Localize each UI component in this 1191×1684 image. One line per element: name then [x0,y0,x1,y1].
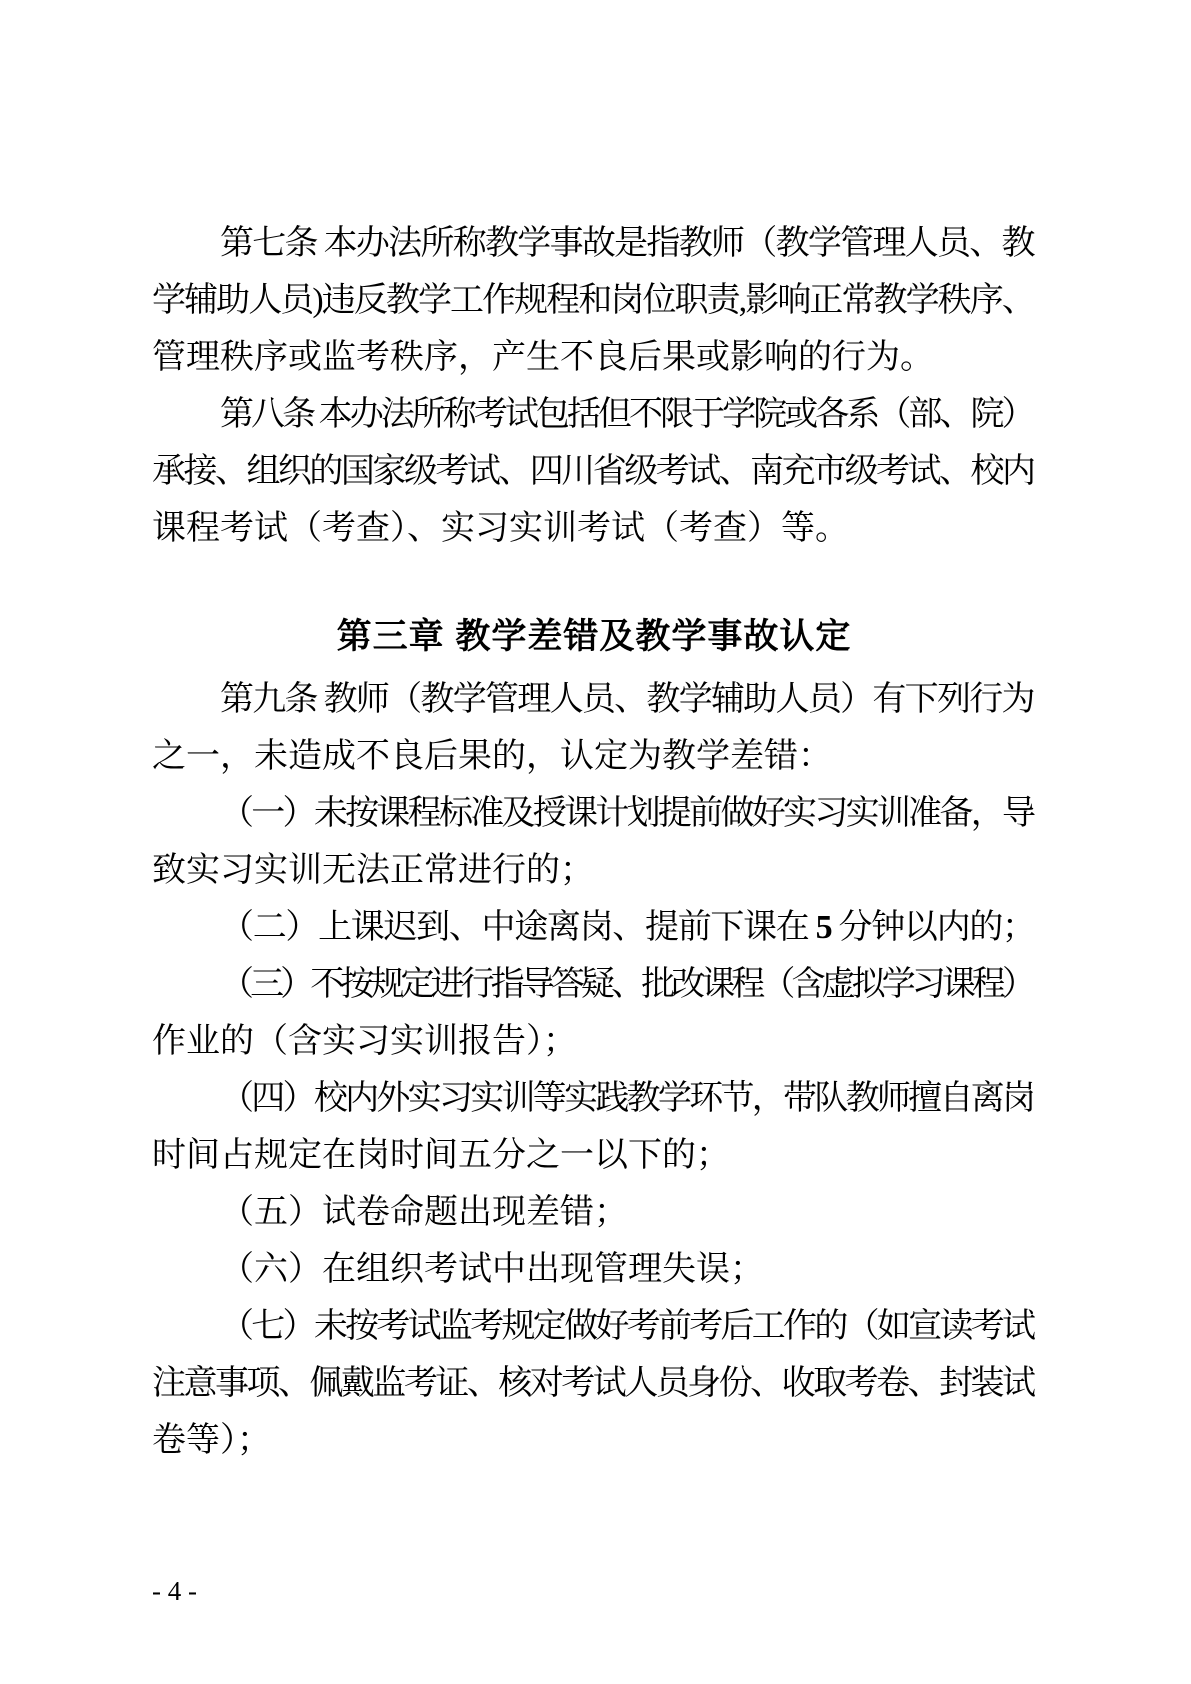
paragraph: （二）上课迟到、中途离岗、提前下课在 5 分钟以内的； [152,899,1036,956]
text-segment: 分钟以内的； [831,909,1034,946]
document-page: 第七条 本办法所称教学事故是指教师（教学管理人员、教学辅助人员)违反教学工作规程… [0,0,1191,1684]
paragraph: （三）不按规定进行指导答疑、批改课程（含虚拟学习课程）作业的（含实习实训报告）； [152,956,1036,1070]
text-line: 课程考试（考查）、实习实训考试（考查）等。 [152,500,1036,557]
text-segment: 第八条 本办法所称考试包括但不限于学院或各系（部、院） [220,396,1033,433]
paragraph: （七）未按考试监考规定做好考前考后工作的（如宣读考试注意事项、佩戴监考证、核对考… [152,1298,1036,1469]
text-line: 学辅助人员)违反教学工作规程和岗位职责,影响正常教学秩序、 [152,272,1036,329]
text-segment: 卷等）； [152,1422,271,1459]
text-line: （二）上课迟到、中途离岗、提前下课在 5 分钟以内的； [152,899,1036,956]
text-segment: 第七条 本办法所称教学事故是指教师（教学管理人员、教 [220,225,1034,262]
text-line: （一）未按课程标准及授课计划提前做好实习实训准备，导 [152,785,1036,842]
text-segment: 承接、组织的国家级考试、四川省级考试、南充市级考试、校内 [152,453,1033,490]
text-line: 第七条 本办法所称教学事故是指教师（教学管理人员、教 [152,215,1036,272]
text-segment: （二）上课迟到、中途离岗、提前下课在 [220,909,816,946]
paragraph: （一）未按课程标准及授课计划提前做好实习实训准备，导致实习实训无法正常进行的； [152,785,1036,899]
bold-number: 5 [816,909,832,946]
text-segment: 管理秩序或监考秩序，产生不良后果或影响的行为。 [152,339,934,376]
text-line: 时间占规定在岗时间五分之一以下的； [152,1127,1036,1184]
page-number: - 4 - [152,1577,197,1605]
text-line: 第九条 教师（教学管理人员、教学辅助人员）有下列行为 [152,671,1036,728]
document-body: 第七条 本办法所称教学事故是指教师（教学管理人员、教学辅助人员)违反教学工作规程… [152,215,1036,1469]
paragraph: （六）在组织考试中出现管理失误； [152,1241,1036,1298]
text-line: 致实习实训无法正常进行的； [152,842,1036,899]
text-line: 注意事项、佩戴监考证、核对考试人员身份、收取考卷、封装试 [152,1355,1036,1412]
text-line: （三）不按规定进行指导答疑、批改课程（含虚拟学习课程） [152,956,1036,1013]
text-line: （四）校内外实习实训等实践教学环节，带队教师擅自离岗 [152,1070,1036,1127]
text-line: 作业的（含实习实训报告）； [152,1013,1036,1070]
text-segment: （三）不按规定进行指导答疑、批改课程（含虚拟学习课程） [220,966,1032,1003]
text-segment: 时间占规定在岗时间五分之一以下的； [152,1137,730,1174]
text-segment: 第九条 教师（教学管理人员、教学辅助人员）有下列行为 [220,681,1034,718]
text-segment: （四）校内外实习实训等实践教学环节，带队教师擅自离岗 [220,1080,1033,1117]
text-segment: （七）未按考试监考规定做好考前考后工作的（如宣读考试 [220,1308,1033,1345]
paragraph: （四）校内外实习实训等实践教学环节，带队教师擅自离岗时间占规定在岗时间五分之一以… [152,1070,1036,1184]
paragraph: 第九条 教师（教学管理人员、教学辅助人员）有下列行为之一，未造成不良后果的，认定… [152,671,1036,785]
text-line: （七）未按考试监考规定做好考前考后工作的（如宣读考试 [152,1298,1036,1355]
text-segment: 致实习实训无法正常进行的； [152,852,594,889]
text-line: （六）在组织考试中出现管理失误； [152,1241,1036,1298]
text-segment: 之一，未造成不良后果的，认定为教学差错： [152,738,832,775]
text-segment: 注意事项、佩戴监考证、核对考试人员身份、收取考卷、封装试 [152,1365,1033,1402]
text-segment: （一）未按课程标准及授课计划提前做好实习实训准备，导 [220,795,1033,832]
text-segment: （六）在组织考试中出现管理失误； [220,1251,764,1288]
text-segment: 学辅助人员)违反教学工作规程和岗位职责,影响正常教学秩序、 [152,282,1034,319]
text-line: 之一，未造成不良后果的，认定为教学差错： [152,728,1036,785]
paragraph: （五）试卷命题出现差错； [152,1184,1036,1241]
text-line: （五）试卷命题出现差错； [152,1184,1036,1241]
text-line: 第八条 本办法所称考试包括但不限于学院或各系（部、院） [152,386,1036,443]
chapter-heading: 第三章 教学差错及教学事故认定 [152,608,1036,665]
text-segment: 作业的（含实习实训报告）； [152,1023,577,1060]
paragraph: 第八条 本办法所称考试包括但不限于学院或各系（部、院）承接、组织的国家级考试、四… [152,386,1036,557]
paragraph: 第七条 本办法所称教学事故是指教师（教学管理人员、教学辅助人员)违反教学工作规程… [152,215,1036,386]
text-segment: 课程考试（考查）、实习实训考试（考查）等。 [152,510,849,547]
text-line: 承接、组织的国家级考试、四川省级考试、南充市级考试、校内 [152,443,1036,500]
text-line: 卷等）； [152,1412,1036,1469]
text-segment: （五）试卷命题出现差错； [220,1194,628,1231]
text-line: 管理秩序或监考秩序，产生不良后果或影响的行为。 [152,329,1036,386]
